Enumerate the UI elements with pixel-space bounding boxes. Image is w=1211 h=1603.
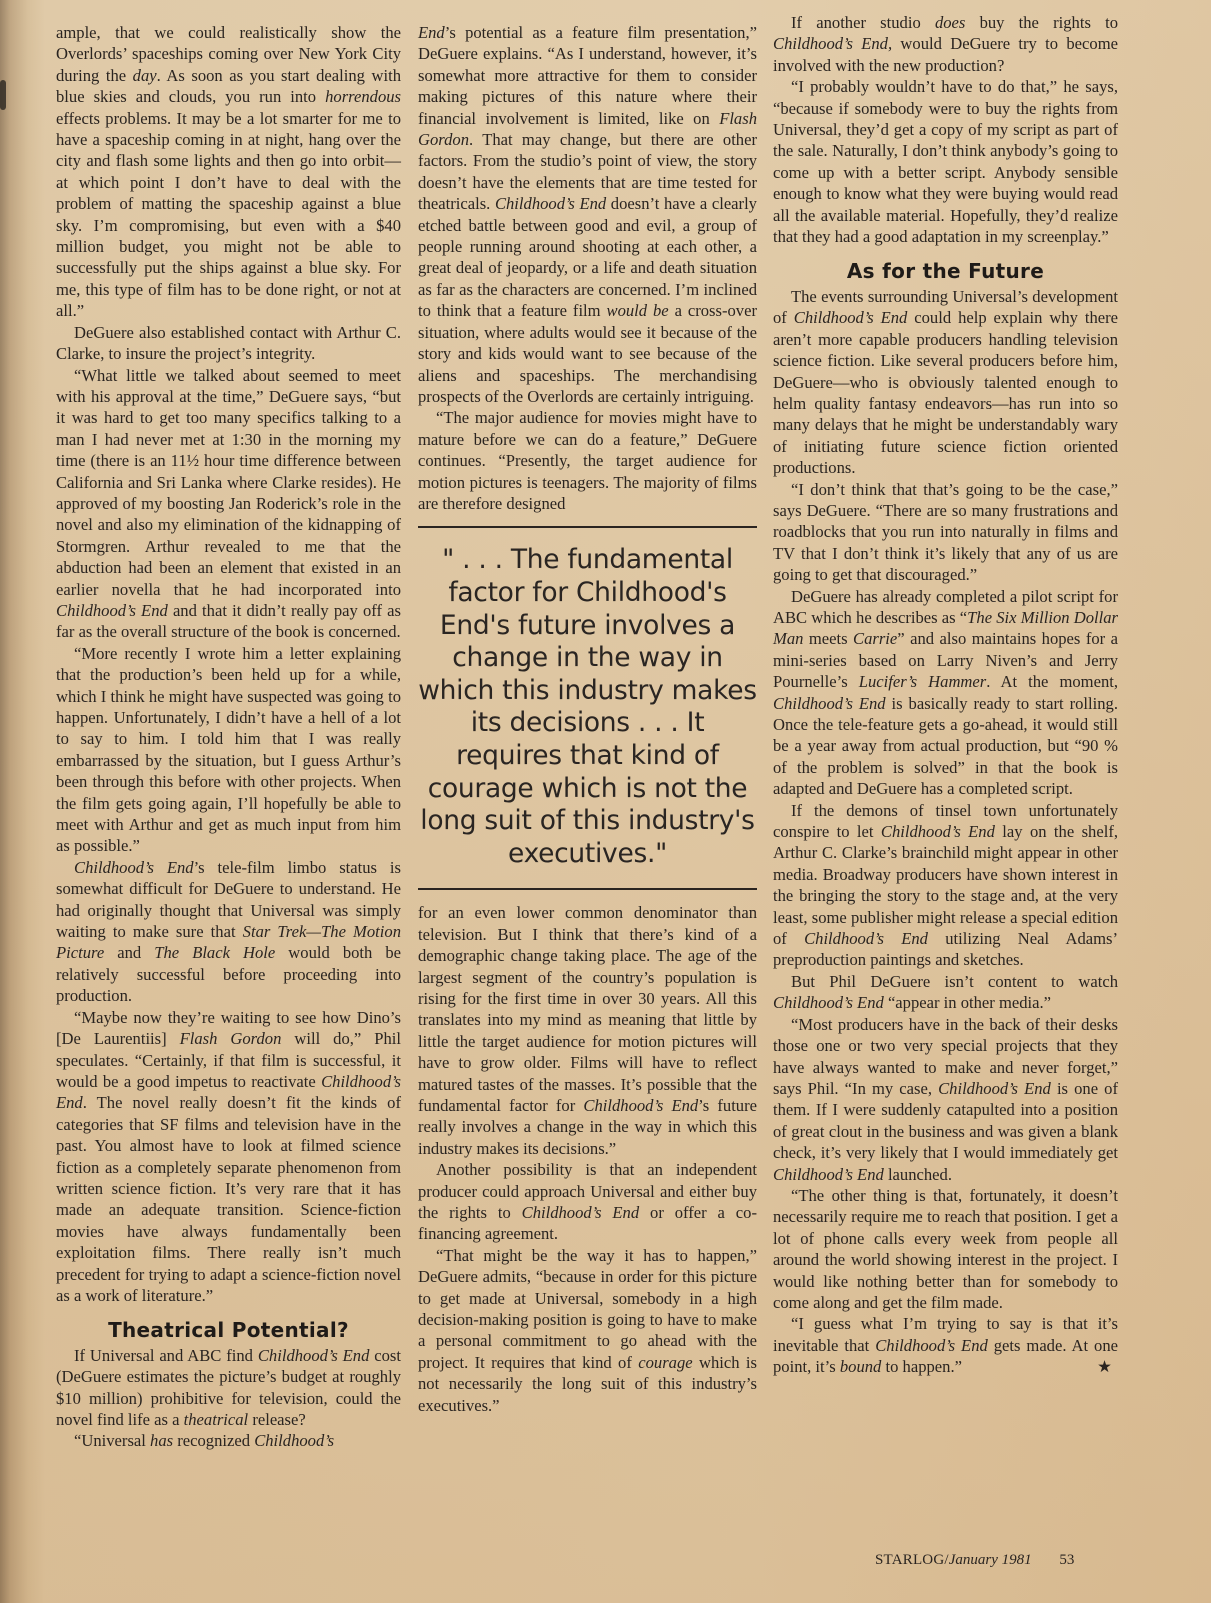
paragraph: End’s potential as a feature film presen…	[418, 22, 757, 407]
italic-title: Childhood’s	[254, 1431, 334, 1450]
paragraph: “Maybe now they’re waiting to see how Di…	[56, 1007, 401, 1307]
italic-title: does	[935, 13, 965, 32]
italic-title: courage	[638, 1353, 692, 1372]
paragraph: But Phil DeGuere isn’t content to watch …	[773, 971, 1118, 1014]
italic-title: Carrie	[853, 629, 897, 648]
italic-title: Flash Gordon	[418, 109, 757, 149]
paragraph: “I don’t think that that’s going to be t…	[773, 479, 1118, 586]
italic-title: would be	[607, 301, 669, 320]
issue-date: January 1981	[949, 1552, 1032, 1568]
italic-title: Childhood’s End	[583, 1096, 698, 1115]
paragraph: Another possibility is that an independe…	[418, 1159, 757, 1245]
section-heading-theatrical-potential: Theatrical Potential?	[56, 1320, 401, 1341]
paragraph: The events surrounding Universal’s devel…	[773, 286, 1118, 479]
italic-title: Childhood’s End	[56, 1072, 401, 1112]
italic-title: Childhood’s End	[56, 601, 168, 620]
magazine-name: STARLOG/	[875, 1552, 949, 1568]
paragraph: If another studio does buy the rights to…	[773, 12, 1118, 76]
paragraph: DeGuere also established contact with Ar…	[56, 322, 401, 365]
column-2-body-top: End’s potential as a feature film presen…	[418, 22, 757, 514]
pull-quote-text: " . . . The fundamental factor for Child…	[418, 544, 757, 870]
italic-title: End	[418, 23, 445, 42]
italic-title: Childhood’s End	[794, 308, 908, 327]
paragraph: “I guess what I’m trying to say is that …	[773, 1313, 1118, 1377]
italic-title: Lucifer’s Hammer	[859, 672, 987, 691]
italic-title: Flash Gordon	[180, 1029, 282, 1048]
italic-title: Childhood’s End	[773, 993, 884, 1012]
italic-title: Childhood’s End	[522, 1203, 640, 1222]
paragraph: “Universal has recognized Childhood’s	[56, 1430, 401, 1451]
italic-title: Childhood’s End	[773, 694, 886, 713]
paragraph: If the demons of tinsel town unfortunate…	[773, 800, 1118, 971]
italic-title: Childhood’s End	[881, 822, 995, 841]
column-1-body: ample, that we could realistically show …	[56, 22, 401, 1306]
column-1: ample, that we could realistically show …	[56, 22, 401, 1452]
paragraph: “That might be the way it has to happen,…	[418, 1245, 757, 1416]
paragraph: Childhood’s End’s tele-film limbo status…	[56, 857, 401, 1007]
paragraph: “I probably wouldn’t have to do that,” h…	[773, 76, 1118, 247]
italic-title: Childhood’s End	[804, 929, 928, 948]
paragraph: “The major audience for movies might hav…	[418, 407, 757, 514]
italic-title: Childhood’s End	[938, 1079, 1051, 1098]
italic-title: has	[150, 1431, 173, 1450]
column-3: If another studio does buy the rights to…	[773, 12, 1118, 1378]
page-footer: STARLOG/January 1981 53	[875, 1552, 1074, 1569]
italic-title: Childhood’s End	[258, 1346, 370, 1365]
italic-title: bound	[840, 1357, 881, 1376]
magazine-page: ample, that we could realistically show …	[0, 0, 1211, 1603]
italic-title: theatrical	[184, 1410, 249, 1429]
end-of-article-star-icon: ★	[1079, 1356, 1112, 1377]
pull-quote: " . . . The fundamental factor for Child…	[418, 526, 757, 890]
column-3-body-top: If another studio does buy the rights to…	[773, 12, 1118, 247]
italic-title: day	[133, 66, 157, 85]
binding-shadow	[0, 80, 6, 110]
paragraph: “What little we talked about seemed to m…	[56, 365, 401, 643]
paragraph: “More recently I wrote him a letter expl…	[56, 643, 401, 857]
section-heading-as-for-the-future: As for the Future	[773, 261, 1118, 282]
column-3-body-bottom: The events surrounding Universal’s devel…	[773, 286, 1118, 1378]
page-number: 53	[1059, 1552, 1074, 1568]
italic-title: The Six Million Dollar Man	[773, 608, 1118, 648]
italic-title: The Black Hole	[154, 943, 275, 962]
paragraph: for an even lower common denominator tha…	[418, 902, 757, 1159]
italic-title: Childhood’s End	[773, 1165, 884, 1184]
italic-title: Childhood’s End	[495, 194, 606, 213]
italic-title: Childhood’s End	[875, 1336, 988, 1355]
italic-title: Childhood’s End	[74, 858, 194, 877]
column-2-body-bottom: for an even lower common denominator tha…	[418, 902, 757, 1416]
column-2: End’s potential as a feature film presen…	[418, 22, 757, 1416]
italic-title: Childhood’s End,	[773, 34, 892, 53]
paragraph: DeGuere has already completed a pilot sc…	[773, 586, 1118, 800]
paragraph: “The other thing is that, fortunately, i…	[773, 1185, 1118, 1313]
paragraph: “Most producers have in the back of thei…	[773, 1014, 1118, 1185]
paragraph: ample, that we could realistically show …	[56, 22, 401, 322]
italic-title: horrendous	[325, 87, 401, 106]
paragraph: If Universal and ABC find Childhood’s En…	[56, 1345, 401, 1431]
column-1-after-heading: If Universal and ABC find Childhood’s En…	[56, 1345, 401, 1452]
